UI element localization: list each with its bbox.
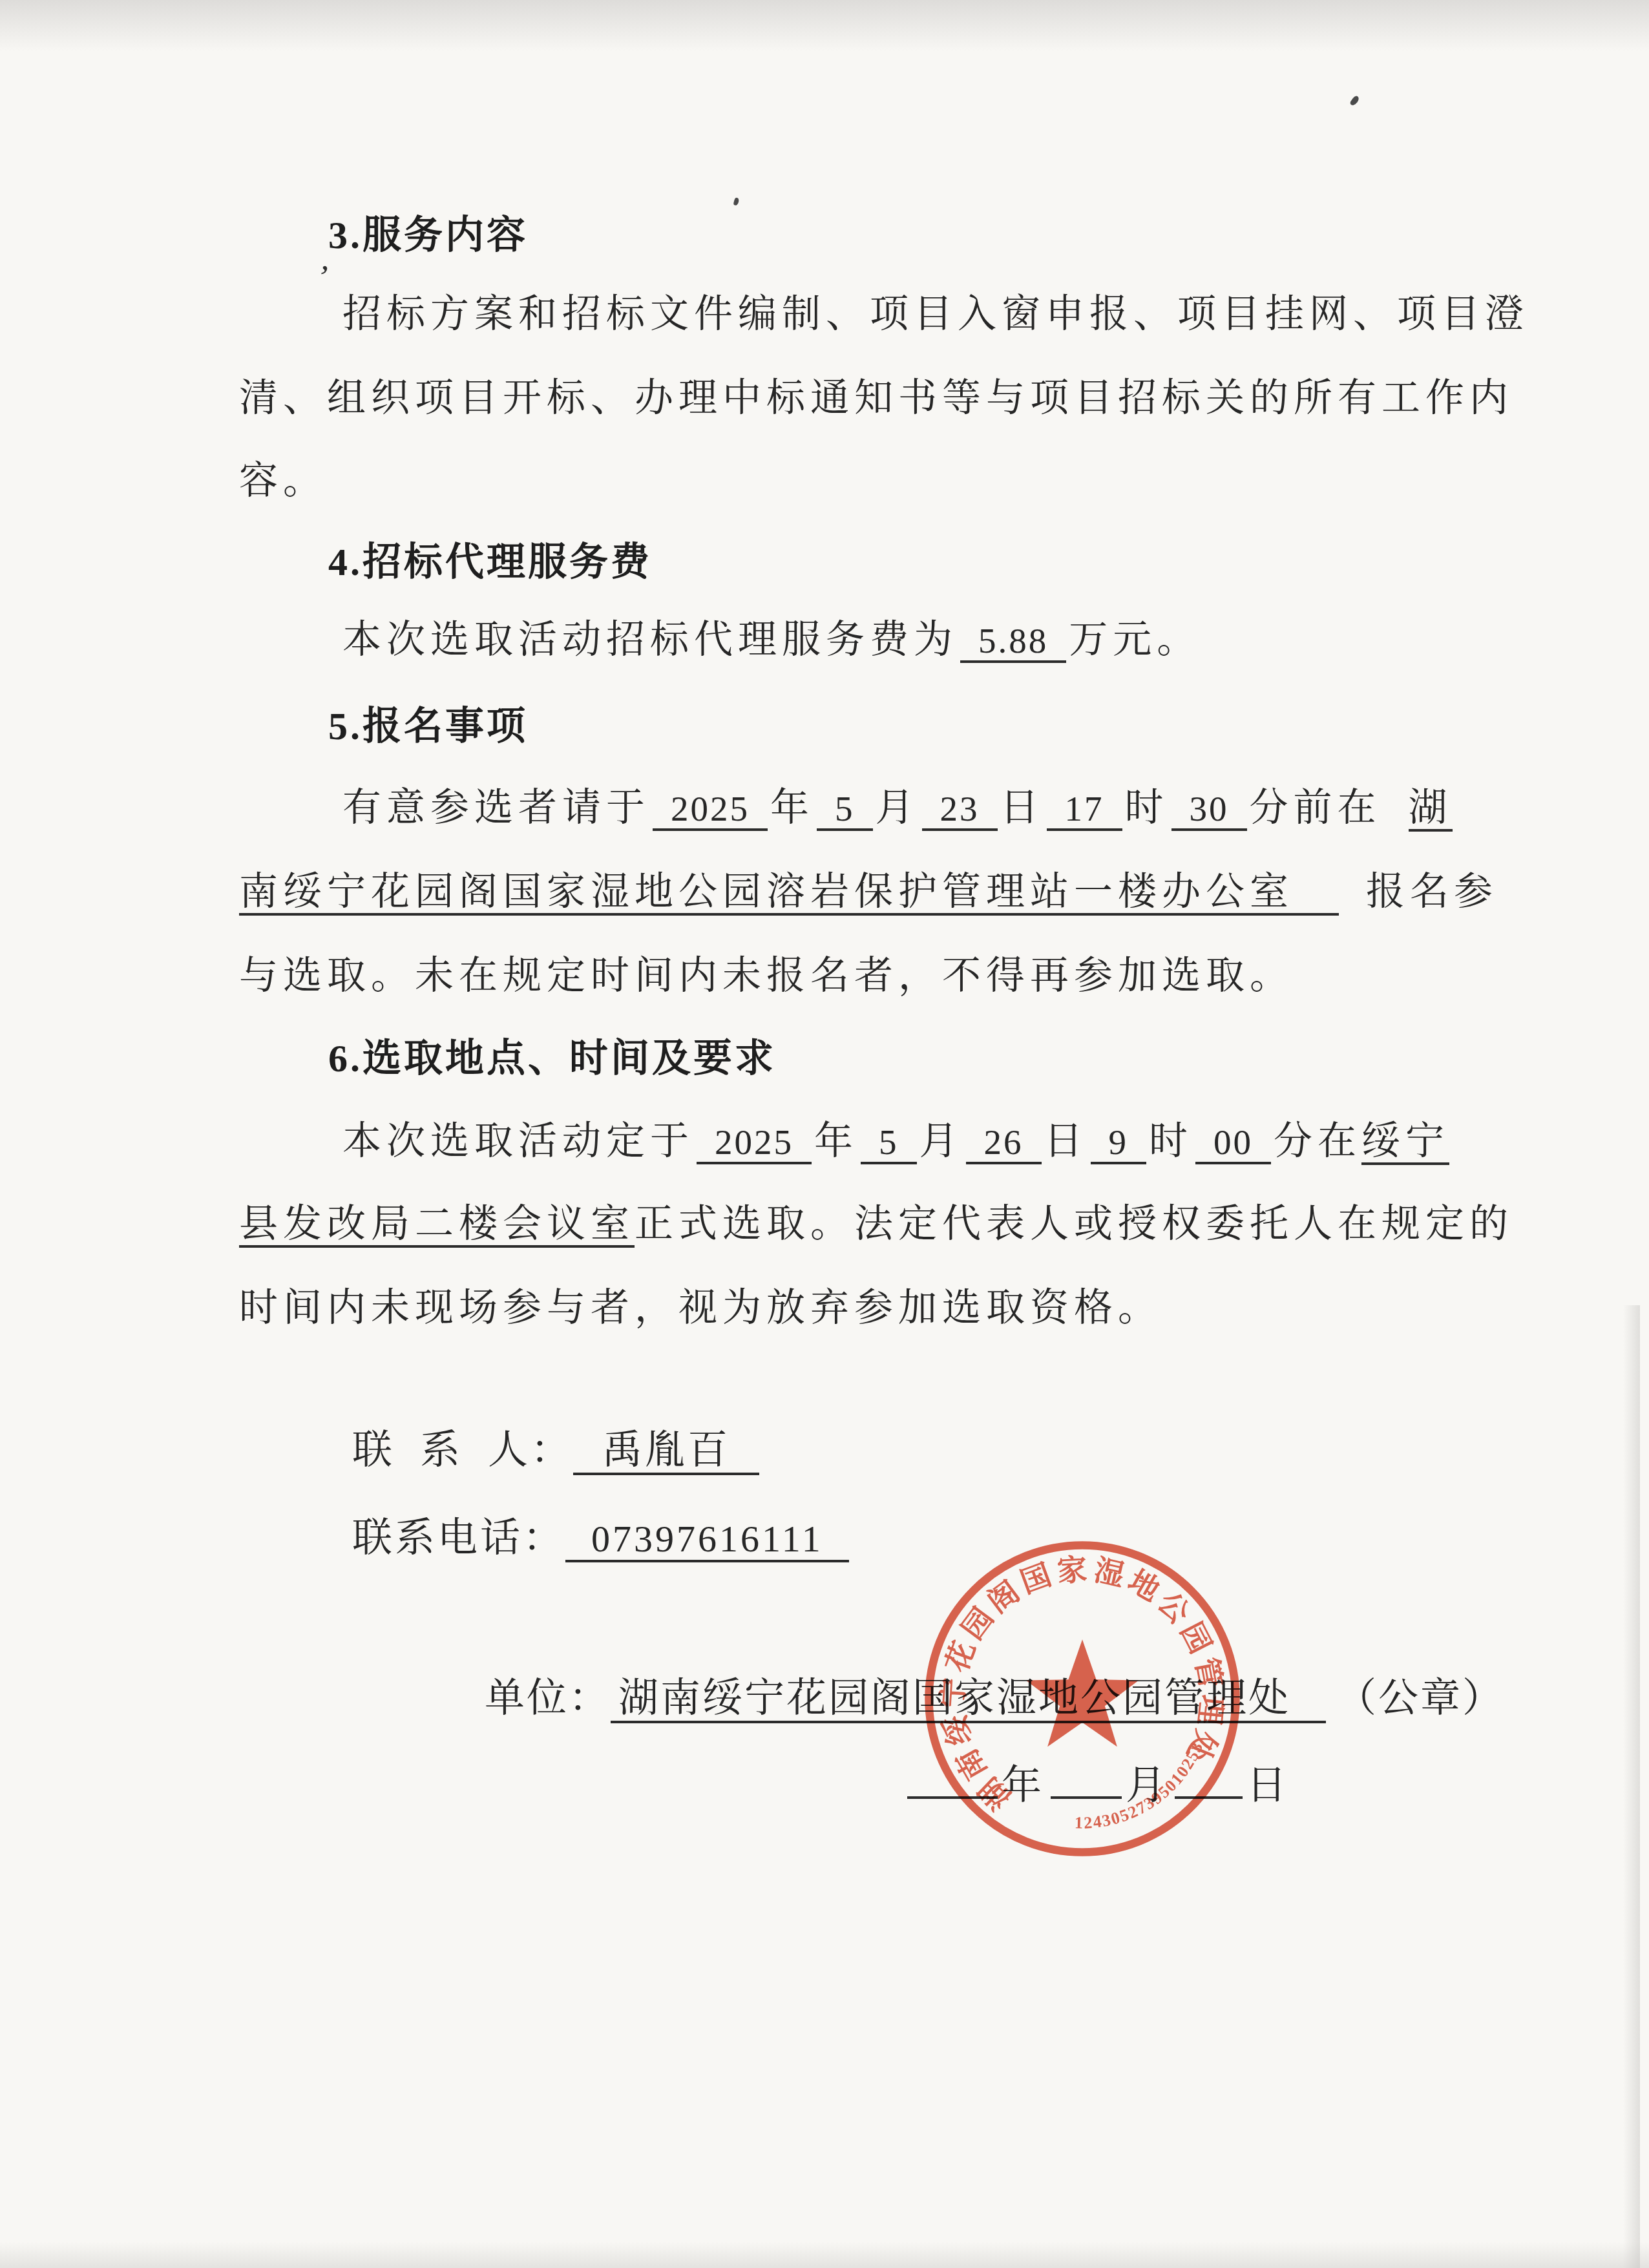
- scan-edge-streak: [1623, 1305, 1640, 2268]
- s6-hour-unit: 时: [1149, 1120, 1193, 1162]
- contact-phone-number: 07397616111: [565, 1518, 849, 1562]
- official-seal: 湖南绥宁花园阁国家湿地公园管理处 124305273950102533: [920, 1537, 1245, 1861]
- fee-prefix: 本次选取活动招标代理服务费为: [342, 618, 958, 661]
- s6-day-blank: 26: [966, 1122, 1042, 1164]
- s5-location-blank: 南绥宁花园阁国家湿地公园溶岩保护管理站一楼办公室: [239, 870, 1339, 916]
- section3-paragraph-line1: 招标方案和招标文件编制、项目入窗申报、项目挂网、项目澄: [342, 292, 1529, 337]
- section5-line1: 有意参选者请于2025年5月23日17时30分前在湖: [342, 786, 1453, 830]
- section5-line2: 南绥宁花园阁国家湿地公园溶岩保护管理站一楼办公室报名参: [239, 870, 1498, 914]
- section4-fee-line: 本次选取活动招标代理服务费为5.88万元。: [342, 618, 1201, 662]
- s5-hour-unit: 时: [1125, 786, 1169, 829]
- s5-location-lead: 湖: [1409, 786, 1453, 832]
- s6-location-lead: 绥宁: [1361, 1120, 1449, 1165]
- seal-star-icon: [1026, 1639, 1139, 1747]
- fee-suffix: 万元。: [1069, 618, 1201, 661]
- section6-line3: 时间内未现场参与者，视为放弃参加选取资格。: [239, 1286, 1162, 1330]
- contact-person-name: 禹胤百: [573, 1429, 759, 1475]
- s6-line2-tail: 正式选取。法定代表人或授权委托人在规定的: [635, 1202, 1513, 1245]
- s5-minute-blank: 30: [1171, 789, 1247, 831]
- s5-month-unit: 月: [876, 786, 919, 829]
- fee-amount-blank: 5.88: [960, 621, 1066, 663]
- section4-heading: 4.招标代理服务费: [328, 540, 652, 585]
- ink-speck: [1349, 95, 1360, 107]
- s6-minute-blank: 00: [1195, 1122, 1271, 1164]
- date-day-label: 日: [1246, 1764, 1292, 1808]
- contact-phone-line: 联系电话：07397616111: [352, 1516, 849, 1562]
- s6-hour-blank: 9: [1091, 1122, 1147, 1164]
- s5-month-blank: 5: [817, 789, 873, 831]
- s6-year-blank: 2025: [697, 1122, 812, 1164]
- s6-location-blank: 县发改局二楼会议室: [239, 1202, 635, 1248]
- section5-line3: 与选取。未在规定时间内未报名者，不得再参加选取。: [239, 954, 1294, 998]
- s6-month-blank: 5: [861, 1122, 917, 1164]
- s6-tail-text: 分在: [1274, 1120, 1361, 1162]
- section5-heading: 5.报名事项: [328, 704, 528, 749]
- s5-hour-blank: 17: [1047, 789, 1122, 831]
- contact-person-line: 联 系 人：禹胤百: [352, 1428, 759, 1474]
- s5-day-unit: 日: [1000, 786, 1044, 829]
- stray-ink-mark: ’: [315, 258, 331, 297]
- s6-month-unit: 月: [919, 1120, 963, 1162]
- s6-day-unit: 日: [1044, 1120, 1088, 1162]
- s5-year-unit: 年: [770, 786, 814, 829]
- contact-phone-label: 联系电话：: [352, 1517, 565, 1560]
- section6-line1: 本次选取活动定于2025年5月26日9时00分在绥宁: [342, 1119, 1449, 1164]
- s6-pre-text: 本次选取活动定于: [342, 1120, 694, 1162]
- s5-line2-tail: 报名参: [1366, 870, 1498, 913]
- scanned-document-page: ’ 3.服务内容 招标方案和招标文件编制、项目入窗申报、项目挂网、项目澄 清、组…: [0, 0, 1649, 2268]
- s5-year-blank: 2025: [653, 789, 768, 831]
- s6-year-unit: 年: [814, 1120, 858, 1162]
- section6-line2: 县发改局二楼会议室正式选取。法定代表人或授权委托人在规定的: [239, 1202, 1513, 1246]
- s5-tail-text: 分前在: [1250, 786, 1381, 829]
- contact-person-label: 联 系 人：: [352, 1429, 573, 1473]
- section6-heading: 6.选取地点、时间及要求: [328, 1036, 776, 1081]
- section3-paragraph-line3: 容。: [239, 459, 327, 503]
- s5-pre-text: 有意参选者请于: [342, 786, 650, 829]
- stamp-note: （公章）: [1336, 1677, 1504, 1721]
- section3-heading: 3.服务内容: [328, 213, 528, 258]
- unit-label: 单位：: [485, 1677, 611, 1721]
- section3-paragraph-line2: 清、组织项目开标、办理中标通知书等与项目招标关的所有工作内: [239, 376, 1513, 421]
- s5-day-blank: 23: [922, 789, 998, 831]
- ink-speck: [733, 197, 740, 205]
